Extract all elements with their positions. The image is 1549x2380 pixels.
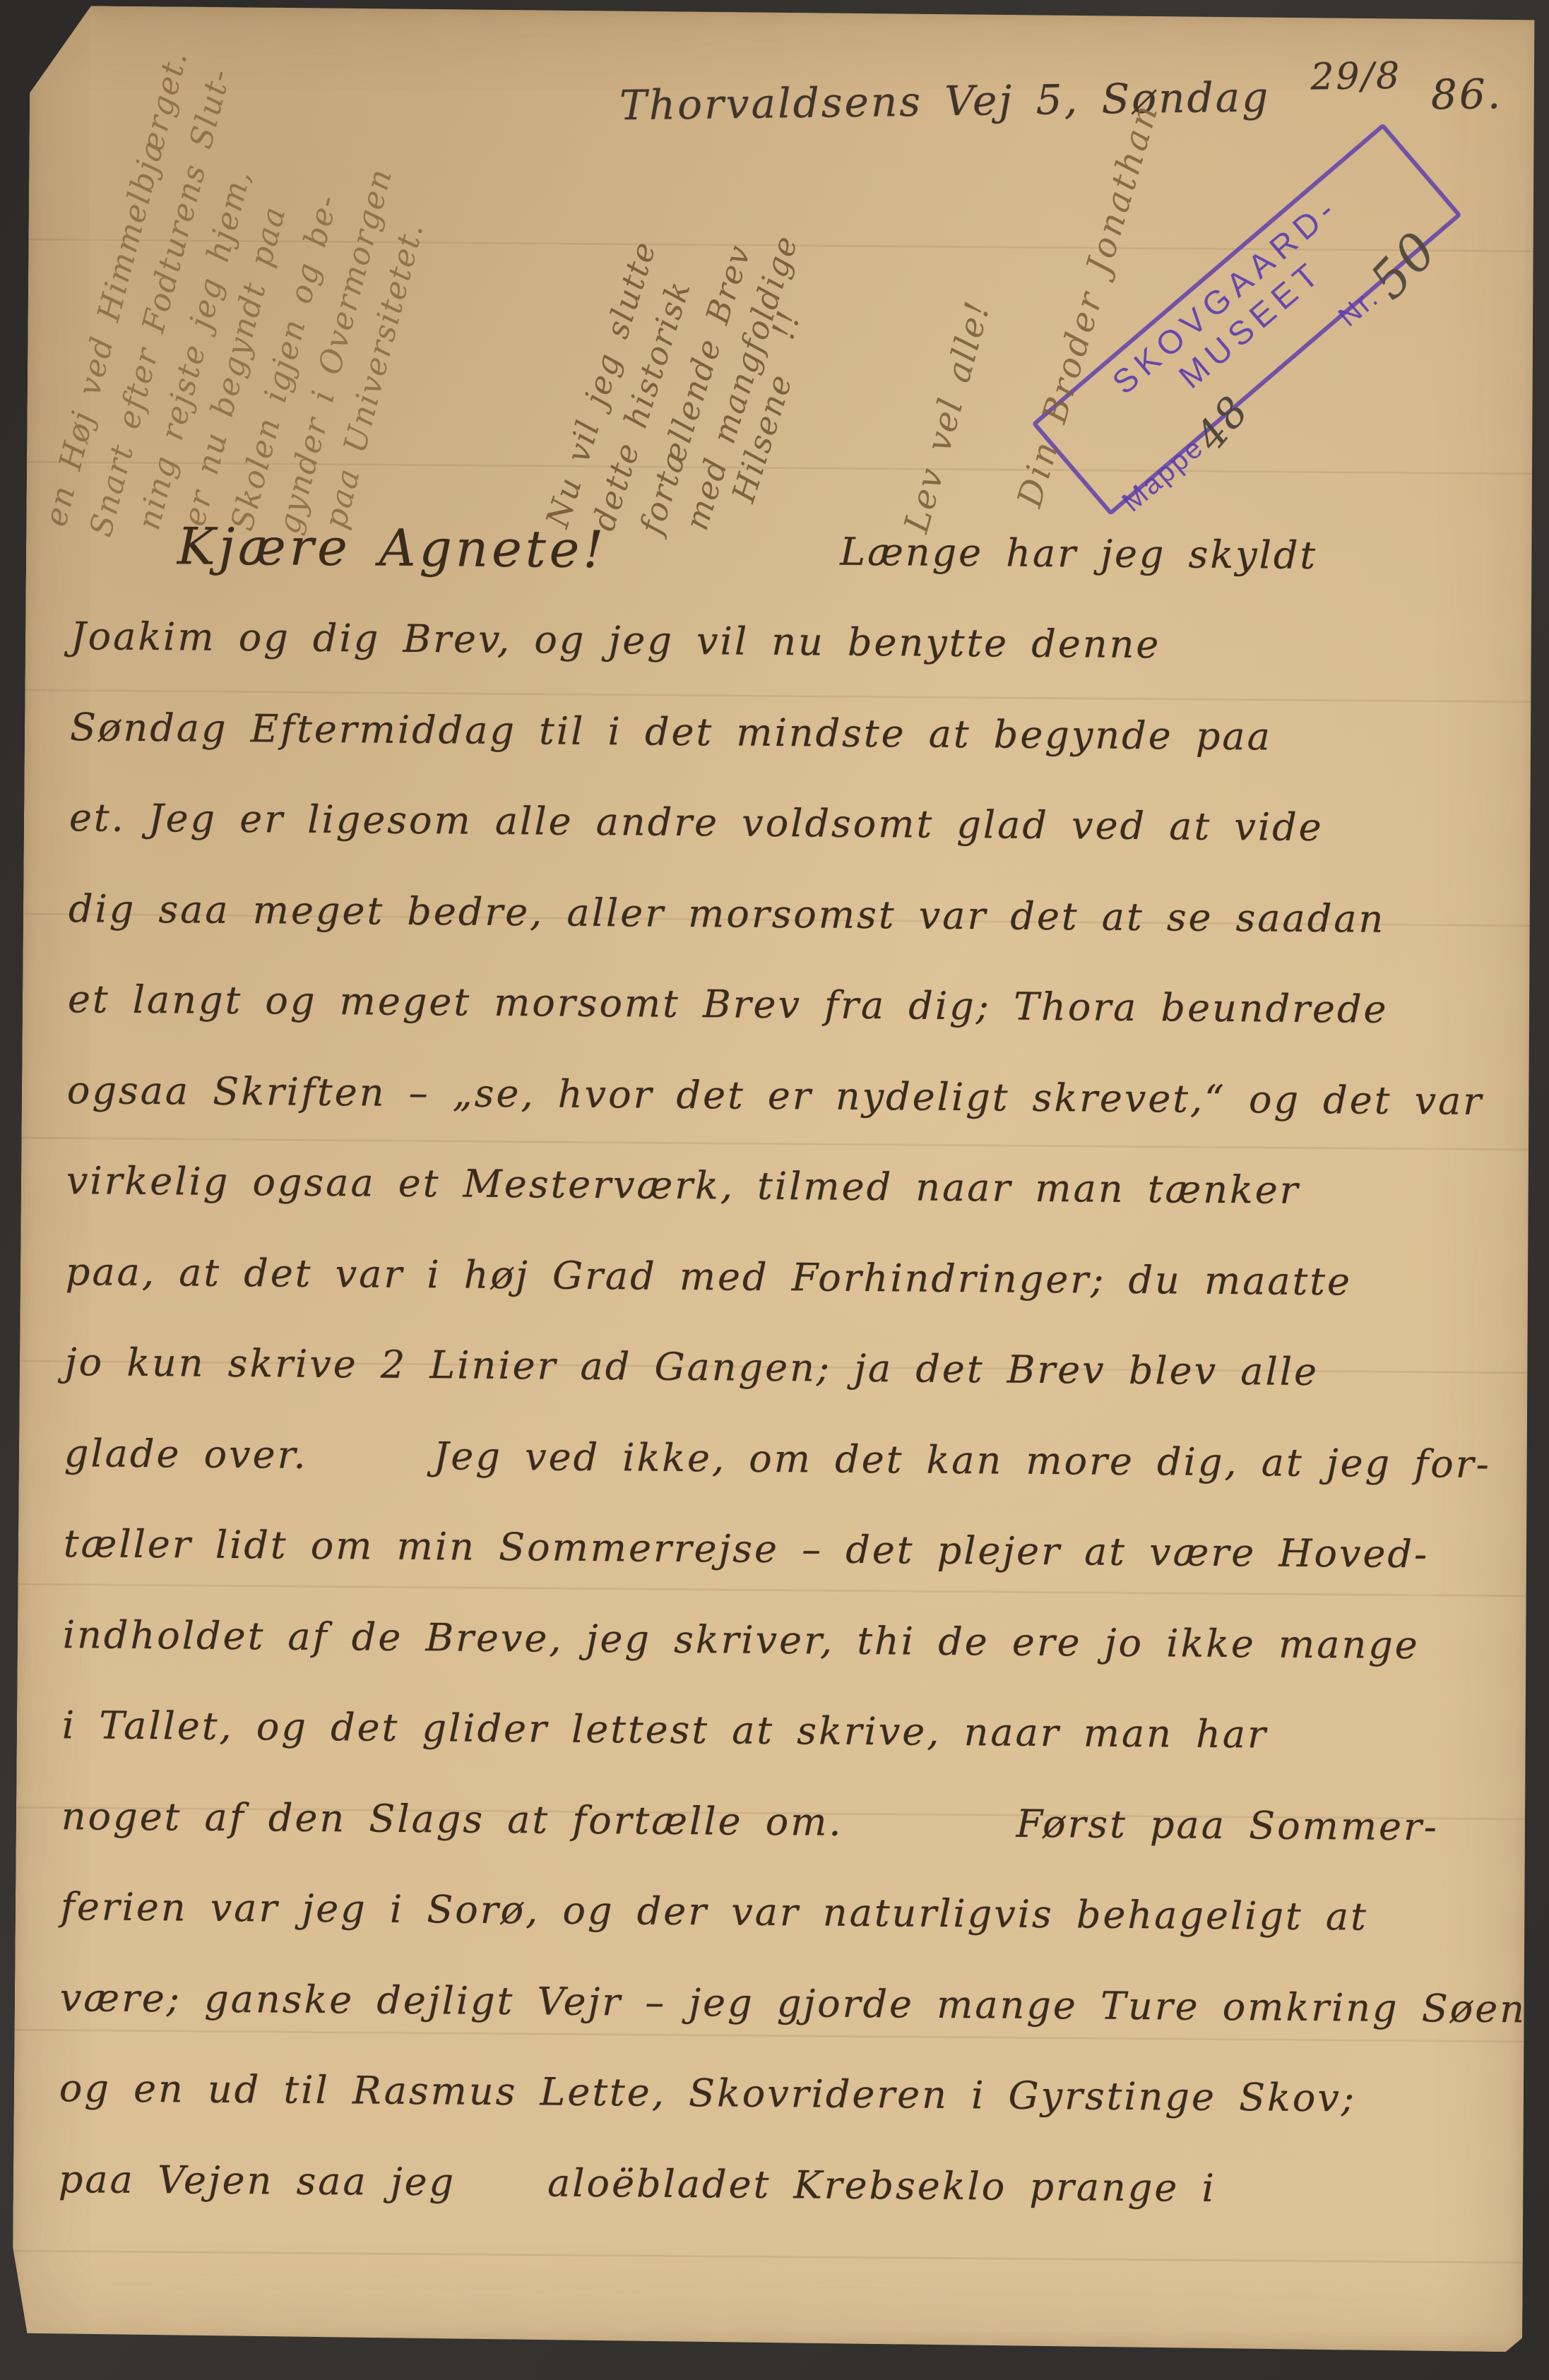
letter-line-text: dig saa meget bedre, aller morsomst var … — [69, 886, 1386, 941]
letter-line-text: et langt og meget morsomt Brev fra dig; … — [68, 977, 1389, 1032]
letter-line: Søndag Eftermiddag til i det mindste at … — [69, 682, 1497, 783]
letter-dateline: Thorvaldsens Vej 5, Søndag 29/8 86. — [619, 70, 1503, 129]
stamp-nr-label: Nr. — [1333, 282, 1386, 333]
letter-line-text: tæller lidt om min Sommerrejse – det ple… — [64, 1521, 1430, 1576]
line-gap — [308, 1455, 434, 1456]
letter-line: et. Jeg er ligesom alle andre voldsomt g… — [69, 773, 1496, 874]
letter-line-text: jo kun skrive 2 Linier ad Gangen; ja det… — [65, 1340, 1319, 1394]
letter-line-text: paa Vejen saa jeg — [59, 2157, 456, 2204]
letter-line-text: paa, at det var i høj Grad med Forhindri… — [66, 1249, 1353, 1304]
letter-line-text: virkelig ogsaa et Mesterværk, tilmed naa… — [66, 1158, 1300, 1213]
letter-line: glade over. Jeg ved ikke, om det kan mor… — [64, 1408, 1491, 1509]
letter-line-text: indholdet af de Breve, jeg skriver, thi … — [63, 1612, 1420, 1667]
letter-body: Kjære Agnete! Længe har jeg skyldt Joaki… — [58, 500, 1498, 2235]
letter-line: noget af den Slags at fortælle om. Først… — [61, 1771, 1488, 1872]
letter-line: være; ganske dejligt Vejr – jeg gjorde m… — [59, 1952, 1487, 2054]
letter-line-text: i Tallet, og det glider lettest at skriv… — [62, 1703, 1268, 1756]
letter-line: og en ud til Rasmus Lette, Skovrideren i… — [59, 2043, 1486, 2145]
letter-line: indholdet af de Breve, jeg skriver, thi … — [62, 1589, 1490, 1691]
letter-date-year: 86. — [1430, 70, 1502, 119]
letter-line: paa, at det var i høj Grad med Forhindri… — [65, 1226, 1492, 1328]
letter-paper: Thorvaldsens Vej 5, Søndag 29/8 86. SKOV… — [12, 6, 1541, 2352]
letter-line: Kjære Agnete! Længe har jeg skyldt — [71, 500, 1499, 602]
letter-line: tæller lidt om min Sommerrejse – det ple… — [63, 1499, 1490, 1600]
line-gap — [607, 549, 840, 552]
fold-line — [13, 2250, 1523, 2265]
letter-line-text: Længe har jeg skyldt — [840, 529, 1317, 577]
letter-date-fraction: 29/8 — [1310, 55, 1402, 99]
salutation: Kjære Agnete! — [71, 516, 607, 579]
letter-line: jo kun skrive 2 Linier ad Gangen; ja det… — [64, 1317, 1492, 1419]
letter-line-text: Joakim og dig Brev, og jeg vil nu benytt… — [71, 614, 1161, 667]
letter-line-text: Først paa Sommer- — [1016, 1801, 1439, 1849]
letter-line: paa Vejen saa jeg aloëbladet Krebseklo p… — [58, 2134, 1485, 2235]
letter-line-text: Søndag Eftermiddag til i det mindste at … — [70, 705, 1272, 758]
letter-address: Thorvaldsens Vej 5, Søndag — [619, 73, 1271, 129]
line-gap — [456, 2182, 547, 2183]
letter-line: ogsaa Skriften – „se, hvor det er nydeli… — [66, 1045, 1494, 1146]
letter-line: Joakim og dig Brev, og jeg vil nu benytt… — [70, 591, 1497, 693]
scan-stage: Thorvaldsens Vej 5, Søndag 29/8 86. SKOV… — [0, 0, 1549, 2380]
letter-line-text: og en ud til Rasmus Lette, Skovrideren i… — [59, 2066, 1357, 2120]
letter-line-text: være; ganske dejligt Vejr – jeg gjorde m… — [60, 1975, 1527, 2031]
letter-line-text: aloëbladet Krebseklo prange i — [547, 2160, 1216, 2210]
letter-line-text: ogsaa Skriften – „se, hvor det er nydeli… — [67, 1068, 1484, 1124]
letter-line-text: Jeg ved ikke, om det kan more dig, at je… — [434, 1434, 1492, 1487]
letter-line-text: noget af den Slags at fortælle om. — [61, 1794, 843, 1845]
line-gap — [843, 1822, 1016, 1823]
letter-line-text: ferien var jeg i Sorø, og der var naturl… — [61, 1884, 1368, 1939]
letter-line: virkelig ogsaa et Mesterværk, tilmed naa… — [66, 1136, 1493, 1237]
letter-line: et langt og meget morsomt Brev fra dig; … — [67, 954, 1495, 1056]
letter-line: i Tallet, og det glider lettest at skriv… — [61, 1680, 1489, 1782]
letter-line-text: et. Jeg er ligesom alle andre voldsomt g… — [69, 795, 1324, 850]
letter-line: ferien var jeg i Sorø, og der var naturl… — [60, 1862, 1488, 1963]
letter-line: dig saa meget bedre, aller morsomst var … — [68, 863, 1495, 965]
marginalia-farewell: Lev vel alle! — [896, 297, 998, 537]
letter-line-text: glade over. — [64, 1431, 308, 1477]
